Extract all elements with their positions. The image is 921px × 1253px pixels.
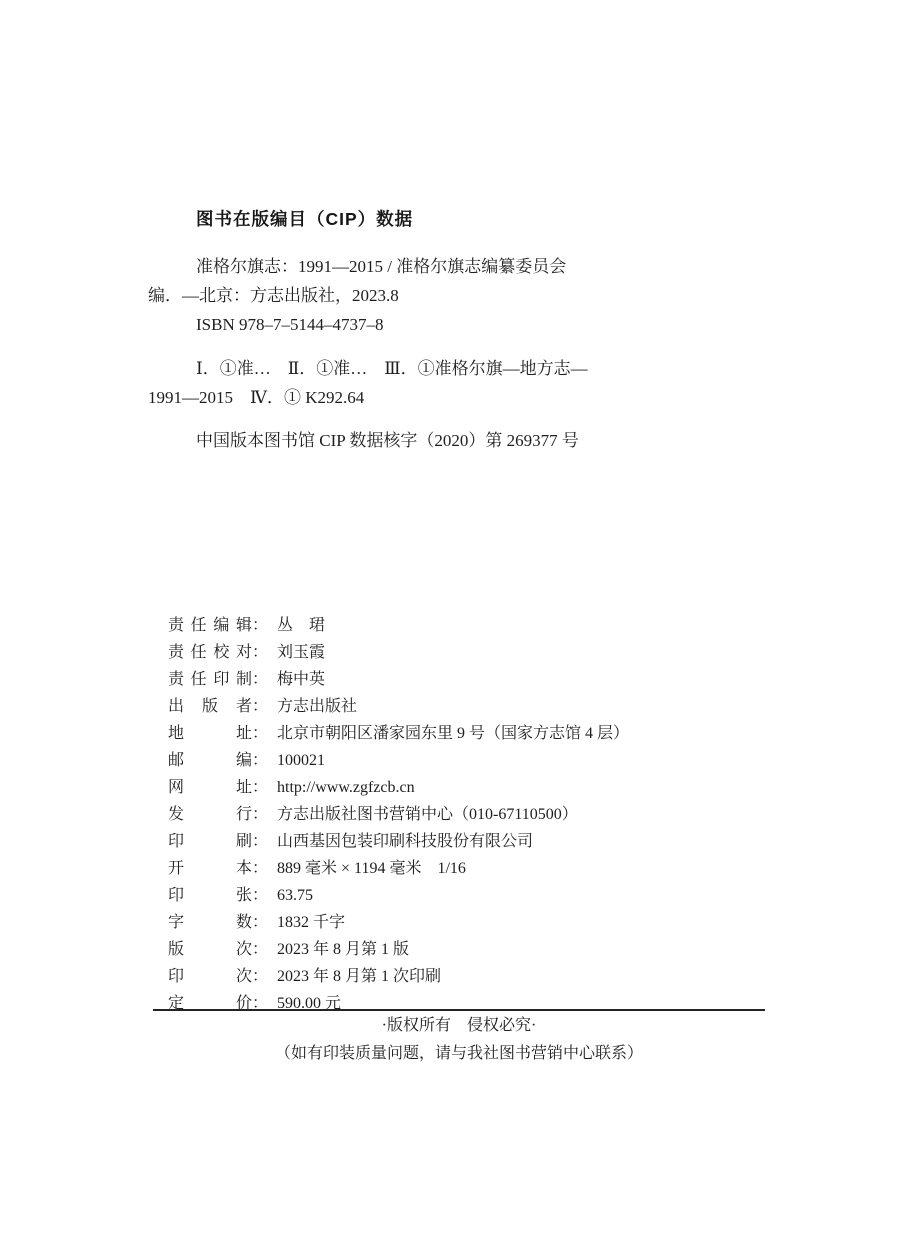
colophon-row-publisher: 出版者：方志出版社 [168, 693, 629, 720]
colophon-label: 开本 [168, 855, 252, 882]
cip-record-number: 中国版本图书馆 CIP 数据核字（2020）第 269377 号 [196, 426, 579, 455]
colophon-colon: ： [252, 936, 268, 963]
colophon-colon: ： [252, 720, 268, 747]
cip-entry-publisher-line: 编．—北京：方志出版社，2023.8 [148, 281, 566, 310]
copyright-notice: ·版权所有 侵权必究· [153, 1016, 765, 1036]
colophon-row-printer: 印刷：山西基因包装印刷科技股份有限公司 [168, 828, 629, 855]
cip-catalog-entry: 准格尔旗志：1991—2015 / 准格尔旗志编纂委员会 编．—北京：方志出版社… [148, 252, 566, 339]
cip-classification-line-1: Ⅰ．①准… Ⅱ．①准… Ⅲ．①准格尔旗—地方志— [196, 354, 588, 383]
colophon-row-price: 定价：590.00 元 [168, 990, 629, 1017]
cip-data-page: 图书在版编目（CIP）数据 准格尔旗志：1991—2015 / 准格尔旗志编纂委… [0, 0, 921, 1253]
cip-classification: Ⅰ．①准… Ⅱ．①准… Ⅲ．①准格尔旗—地方志— 1991—2015 Ⅳ．① K… [148, 354, 588, 412]
colophon-value: 63.75 [268, 887, 313, 904]
colophon-colon: ： [252, 774, 268, 801]
footer: ·版权所有 侵权必究· （如有印装质量问题，请与我社图书营销中心联系） [153, 1016, 765, 1064]
colophon-label: 责任校对 [168, 639, 252, 666]
cip-classification-line-2: 1991—2015 Ⅳ．① K292.64 [148, 383, 588, 412]
colophon-row-proofreader: 责任校对：刘玉霞 [168, 639, 629, 666]
colophon-colon: ： [252, 612, 268, 639]
colophon-label: 责任印制 [168, 666, 252, 693]
colophon-label: 印张 [168, 882, 252, 909]
colophon-row-distribution: 发行：方志出版社图书营销中心（010-67110500） [168, 801, 629, 828]
colophon-label: 印次 [168, 963, 252, 990]
colophon-label: 字数 [168, 909, 252, 936]
colophon-row-word-count: 字数：1832 千字 [168, 909, 629, 936]
colophon-value: 1832 千字 [268, 914, 345, 931]
colophon-colon: ： [252, 693, 268, 720]
colophon-colon: ： [252, 990, 268, 1017]
colophon-value: 丛 珺 [268, 617, 325, 634]
colophon-row-impression: 印次：2023 年 8 月第 1 次印刷 [168, 963, 629, 990]
colophon-row-print-supervisor: 责任印制：梅中英 [168, 666, 629, 693]
colophon-colon: ： [252, 747, 268, 774]
colophon-label: 出版者 [168, 693, 252, 720]
colophon-label: 责任编辑 [168, 612, 252, 639]
cip-entry-isbn-line: ISBN 978–7–5144–4737–8 [196, 310, 566, 339]
colophon-value: 梅中英 [268, 671, 325, 688]
colophon-value: 山西基因包装印刷科技股份有限公司 [268, 833, 533, 850]
colophon-value: 100021 [268, 752, 325, 769]
colophon-row-format: 开本：889 毫米 × 1194 毫米 1/16 [168, 855, 629, 882]
colophon-label: 地址 [168, 720, 252, 747]
colophon-row-website: 网址：http://www.zgfzcb.cn [168, 774, 629, 801]
colophon-row-postcode: 邮编：100021 [168, 747, 629, 774]
colophon-row-editor: 责任编辑：丛 珺 [168, 612, 629, 639]
colophon-value: 2023 年 8 月第 1 次印刷 [268, 968, 441, 985]
colophon-colon: ： [252, 828, 268, 855]
print-quality-note: （如有印装质量问题，请与我社图书营销中心联系） [153, 1044, 765, 1064]
colophon-row-address: 地址：北京市朝阳区潘家园东里 9 号（国家方志馆 4 层） [168, 720, 629, 747]
colophon-colon: ： [252, 639, 268, 666]
colophon-row-sheets: 印张：63.75 [168, 882, 629, 909]
colophon-label: 网址 [168, 774, 252, 801]
cip-heading: 图书在版编目（CIP）数据 [196, 206, 413, 231]
colophon-colon: ： [252, 963, 268, 990]
colophon-value: 方志出版社 [268, 698, 357, 715]
footer-divider-line [153, 1009, 765, 1011]
colophon-label: 版次 [168, 936, 252, 963]
colophon-colon: ： [252, 666, 268, 693]
colophon-colon: ： [252, 855, 268, 882]
colophon-value: 方志出版社图书营销中心（010-67110500） [268, 806, 578, 823]
colophon-row-edition: 版次：2023 年 8 月第 1 版 [168, 936, 629, 963]
colophon-label: 定价 [168, 990, 252, 1017]
colophon-value: 889 毫米 × 1194 毫米 1/16 [268, 860, 466, 877]
cip-entry-title-line: 准格尔旗志：1991—2015 / 准格尔旗志编纂委员会 [196, 252, 566, 281]
colophon-value: 北京市朝阳区潘家园东里 9 号（国家方志馆 4 层） [268, 725, 629, 742]
colophon-value: 刘玉霞 [268, 644, 325, 661]
colophon-label: 邮编 [168, 747, 252, 774]
colophon-colon: ： [252, 801, 268, 828]
colophon-colon: ： [252, 909, 268, 936]
colophon-label: 发行 [168, 801, 252, 828]
colophon-list: 责任编辑：丛 珺 责任校对：刘玉霞 责任印制：梅中英 出版者：方志出版社 地址：… [168, 612, 629, 1017]
colophon-label: 印刷 [168, 828, 252, 855]
colophon-value: 2023 年 8 月第 1 版 [268, 941, 409, 958]
colophon-colon: ： [252, 882, 268, 909]
colophon-value: http://www.zgfzcb.cn [268, 779, 415, 796]
